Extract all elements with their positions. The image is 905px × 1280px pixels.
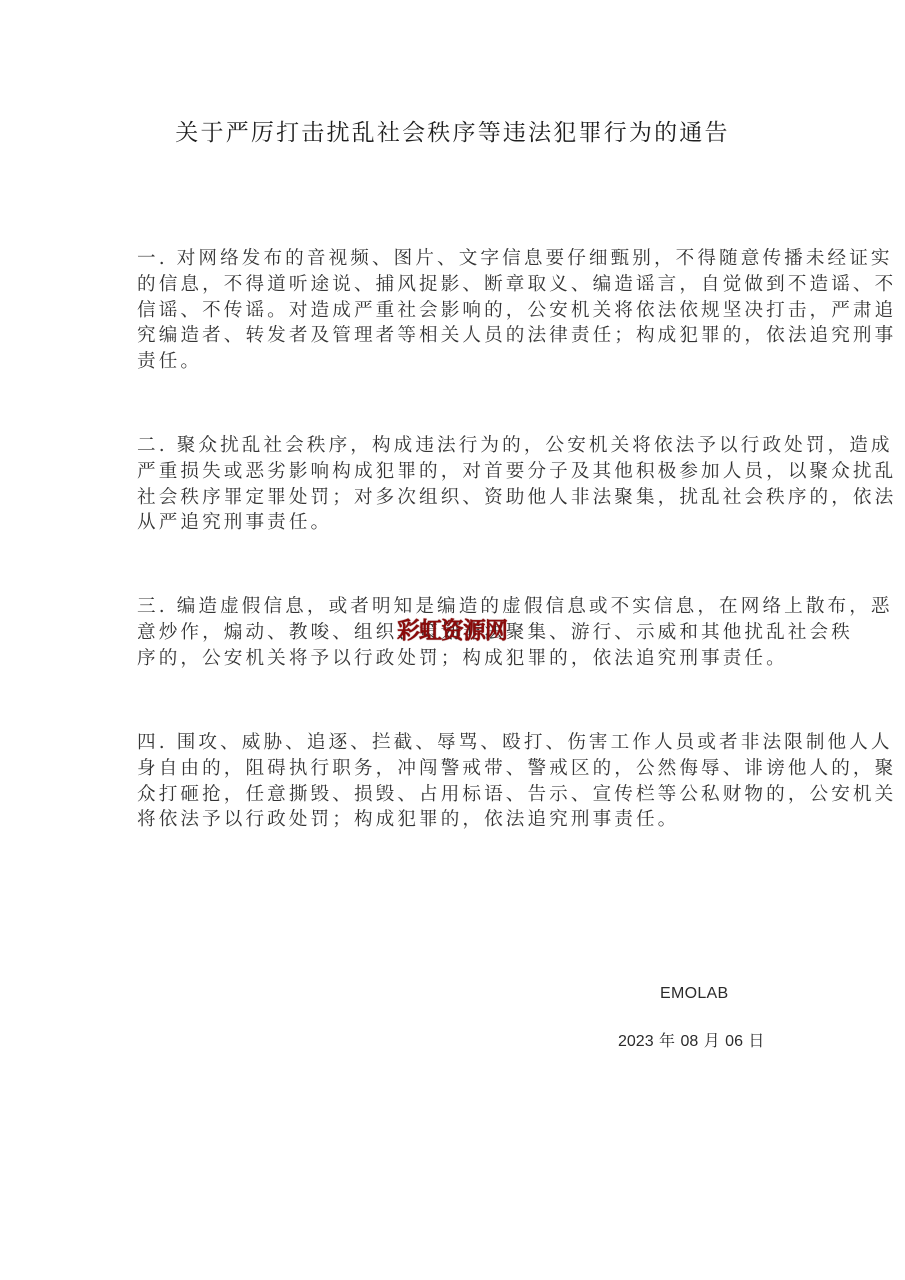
issue-date: 2023 年 08 月 06 日: [618, 1028, 764, 1051]
paragraph-line: 众打砸抢，任意撕毁、损毁、占用标语、告示、宣传栏等公私财物的，公安机关: [137, 782, 777, 808]
paragraph-line: 将依法予以行政处罚；构成犯罪的，依法追究刑事责任。: [137, 807, 777, 833]
paragraph-line: 二. 聚众扰乱社会秩序，构成违法行为的，公安机关将依法予以行政处罚，造成: [137, 433, 777, 459]
paragraph-line: 序的，公安机关将予以行政处罚；构成犯罪的，依法追究刑事责任。: [137, 646, 777, 672]
paragraph-line: 信谣、不传谣。对造成严重社会影响的，公安机关将依法依规坚决打击，严肃追: [137, 298, 777, 324]
paragraph-line: 一. 对网络发布的音视频、图片、文字信息要仔细甄别，不得随意传播未经证实: [137, 246, 777, 272]
watermark: 彩虹资源网: [397, 617, 507, 645]
paragraph-4: 四. 围攻、威胁、追逐、拦截、辱骂、殴打、伤害工作人员或者非法限制他人人 身自由…: [137, 730, 777, 833]
signature: EMOLAB: [660, 985, 729, 1003]
paragraph-line: 的信息，不得道听途说、捕风捉影、断章取义、编造谣言，自觉做到不造谣、不: [137, 272, 777, 298]
paragraph-line: 严重损失或恶劣影响构成犯罪的，对首要分子及其他积极参加人员，以聚众扰乱: [137, 459, 777, 485]
document-title: 关于严厉打击扰乱社会秩序等违法犯罪行为的通告: [0, 117, 905, 149]
paragraph-2: 二. 聚众扰乱社会秩序，构成违法行为的，公安机关将依法予以行政处罚，造成 严重损…: [137, 433, 777, 536]
paragraph-line: 三. 编造虚假信息，或者明知是编造的虚假信息或不实信息，在网络上散布，恶: [137, 594, 777, 620]
paragraph-line: 身自由的，阻碍执行职务，冲闯警戒带、警戒区的，公然侮辱、诽谤他人的，聚: [137, 756, 777, 782]
paragraph-1: 一. 对网络发布的音视频、图片、文字信息要仔细甄别，不得随意传播未经证实 的信息…: [137, 246, 777, 375]
paragraph-line: 社会秩序罪定罪处罚；对多次组织、资助他人非法聚集，扰乱社会秩序的，依法: [137, 485, 777, 511]
paragraph-line: 责任。: [137, 349, 777, 375]
paragraph-line: 究编造者、转发者及管理者等相关人员的法律责任；构成犯罪的，依法追究刑事: [137, 323, 777, 349]
paragraph-line: 从严追究刑事责任。: [137, 510, 777, 536]
paragraph-line: 四. 围攻、威胁、追逐、拦截、辱骂、殴打、伤害工作人员或者非法限制他人人: [137, 730, 777, 756]
